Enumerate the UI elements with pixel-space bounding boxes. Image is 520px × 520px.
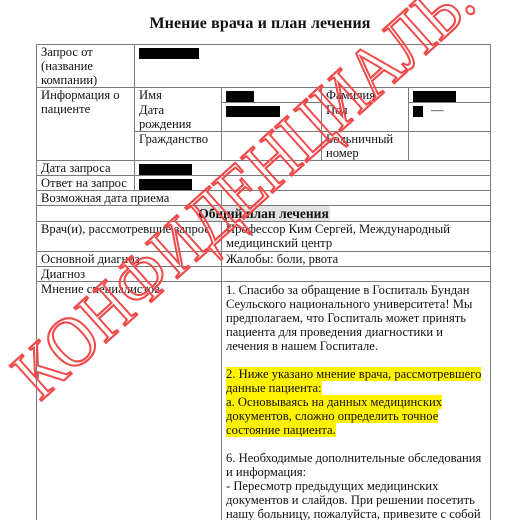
sex-label: Пол bbox=[322, 103, 409, 132]
opinion-paragraph-review: - Пересмотр предыдущих медицинских докум… bbox=[226, 479, 486, 520]
sex-suffix: — bbox=[431, 103, 444, 117]
table-row: Запрос от (название компании) bbox=[37, 45, 491, 88]
table-row: Диагноз bbox=[37, 266, 491, 281]
hospital-number-value bbox=[409, 131, 491, 160]
hospital-number-label: Больничный номер bbox=[322, 131, 409, 160]
request-date-value bbox=[135, 160, 491, 175]
citizenship-label: Гражданство bbox=[135, 131, 222, 160]
table-row: Ответ на запрос bbox=[37, 175, 491, 190]
citizenship-value bbox=[222, 131, 322, 160]
opinion-paragraph-6: 6. Необходимые дополнительные обследован… bbox=[226, 451, 486, 479]
treatment-plan-table: Запрос от (название компании) Информация… bbox=[36, 44, 491, 520]
document-title: Мнение врача и план лечения bbox=[0, 15, 520, 33]
opinion-highlight-a: а. Основываясь на данных медицинских док… bbox=[226, 395, 442, 437]
redacted-block bbox=[226, 91, 254, 102]
response-label: Ответ на запрос bbox=[37, 175, 135, 190]
doctors-value: Профессор Ким Сергей, Международный меди… bbox=[222, 221, 491, 251]
diagnosis-label: Диагноз bbox=[37, 266, 222, 281]
main-diagnosis-label: Основной диагноз bbox=[37, 251, 222, 266]
table-row: Информация о пациенте Имя Фамилия bbox=[37, 88, 491, 103]
appointment-label: Возможная дата приема bbox=[37, 190, 222, 205]
opinion-label: Мнение специалистов bbox=[37, 281, 222, 520]
table-row: Дата запроса bbox=[37, 160, 491, 175]
redacted-block bbox=[413, 106, 423, 117]
table-row: Общий план лечения bbox=[37, 205, 491, 221]
dob-label: Дата рождения bbox=[135, 103, 222, 132]
request-from-value bbox=[135, 45, 491, 88]
section-header-text: Общий план лечения bbox=[197, 206, 330, 221]
request-date-label: Дата запроса bbox=[37, 160, 135, 175]
dob-value bbox=[222, 103, 322, 132]
request-from-label: Запрос от (название компании) bbox=[37, 45, 135, 88]
response-value bbox=[135, 175, 491, 190]
opinion-value: 1. Спасибо за обращение в Госпиталь Бунд… bbox=[222, 281, 491, 520]
opinion-paragraph-1: 1. Спасибо за обращение в Госпиталь Бунд… bbox=[226, 283, 486, 353]
last-name-value bbox=[409, 88, 491, 103]
table-row: Врач(и), рассмотревшие запрос Профессор … bbox=[37, 221, 491, 251]
redacted-block bbox=[139, 179, 192, 190]
table-row: Возможная дата приема bbox=[37, 190, 491, 205]
first-name-value bbox=[222, 88, 322, 103]
first-name-label: Имя bbox=[135, 88, 222, 103]
diagnosis-value bbox=[222, 266, 491, 281]
table-row: Мнение специалистов 1. Спасибо за обраще… bbox=[37, 281, 491, 520]
redacted-block bbox=[226, 106, 280, 117]
opinion-highlight-2: 2. Ниже указано мнение врача, рассмотрев… bbox=[226, 367, 481, 395]
doctors-label: Врач(и), рассмотревшие запрос bbox=[37, 221, 222, 251]
redacted-block bbox=[413, 91, 456, 102]
appointment-value bbox=[222, 190, 491, 205]
redacted-block bbox=[139, 164, 192, 175]
main-diagnosis-value: Жалобы: боли, рвота bbox=[222, 251, 491, 266]
last-name-label: Фамилия bbox=[322, 88, 409, 103]
table-row: Основной диагноз Жалобы: боли, рвота bbox=[37, 251, 491, 266]
sex-value: — bbox=[409, 103, 491, 132]
section-header: Общий план лечения bbox=[37, 205, 491, 221]
patient-info-label: Информация о пациенте bbox=[37, 88, 135, 161]
redacted-block bbox=[139, 48, 199, 59]
